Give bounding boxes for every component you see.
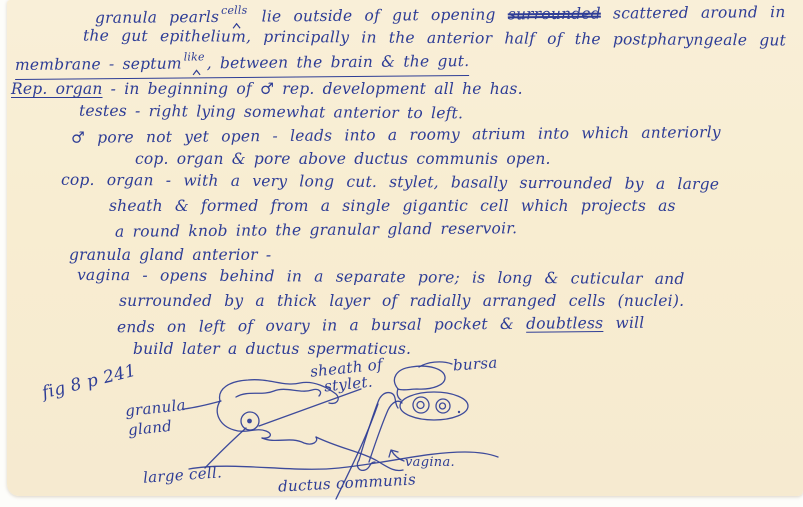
vagina-neck-right xyxy=(369,401,402,462)
large-cell-nucleus xyxy=(247,419,252,424)
bursa-outline xyxy=(394,366,445,390)
stylet-sheath-leader-line xyxy=(259,389,361,426)
egg-right xyxy=(436,399,450,413)
granular-gland-lower-edge xyxy=(262,437,317,444)
note-line-3-main: membrane - septum xyxy=(15,55,182,74)
scanned-note-page: granula pearlscells lie outside of gut o… xyxy=(0,0,803,507)
note-line-14-pre: ends on left of ovary in a bursal pocket… xyxy=(117,315,514,336)
caret-mark-icon xyxy=(192,69,201,75)
large-cell-circle xyxy=(241,412,259,430)
note-line-14: ends on left of ovary in a bursal pocket… xyxy=(117,313,645,338)
bursa-leader-line xyxy=(419,362,452,367)
inserted-word-cells: cells xyxy=(221,1,248,21)
rep-organ-heading: Rep. organ xyxy=(11,80,103,98)
granular-gland-label-line2: gland xyxy=(127,417,173,440)
stylet-sheath-label-line2: stylet. xyxy=(323,372,373,395)
vagina-arrow-line xyxy=(389,450,404,461)
note-line-4: Rep. organ - in beginning of ♂ rep. deve… xyxy=(11,79,523,99)
egg-right-nucleus xyxy=(440,403,446,409)
note-line-3: membrane - septumlike, between the brain… xyxy=(15,51,470,80)
egg-left-nucleus xyxy=(417,402,424,409)
granular-gland-outline xyxy=(220,380,339,404)
note-line-10: a round knob into the granular gland res… xyxy=(115,218,517,242)
underlined-word-doubtless: doubtless xyxy=(526,314,603,333)
inserted-word-like: like xyxy=(184,47,205,67)
figure-reference: fig 8 p 241 xyxy=(40,361,138,404)
sketch-dot xyxy=(458,411,460,413)
inserted-word-like-text: like xyxy=(184,50,205,63)
crossed-out-word: surrounded xyxy=(508,5,601,24)
egg-sac-oval xyxy=(400,392,468,420)
egg-left xyxy=(413,397,429,413)
note-line-6: ♂ pore not yet open - leads into a roomy… xyxy=(71,122,721,148)
note-line-4-rest: - in beginning of ♂ rep. development all… xyxy=(111,80,523,98)
note-line-9: sheath & formed from a single gigantic c… xyxy=(109,196,676,216)
inserted-word-cells-text: cells xyxy=(221,4,247,17)
note-line-5: testes - right lying somewhat anterior t… xyxy=(79,101,463,124)
note-line-13: surrounded by a thick layer of radially … xyxy=(119,291,684,311)
body-outline-curve xyxy=(316,437,403,471)
note-line-1-mid: lie outside of gut opening xyxy=(262,6,496,26)
note-line-14-post: will xyxy=(615,314,644,332)
note-line-12: vagina - opens behind in a separate pore… xyxy=(77,265,685,289)
granular-gland-label-line1: granula xyxy=(124,396,186,420)
vagina-neck-left xyxy=(359,393,398,460)
large-cell-label: large cell. xyxy=(142,463,222,486)
note-line-1-post: scattered around in xyxy=(613,3,786,23)
index-card: granula pearlscells lie outside of gut o… xyxy=(7,0,803,496)
bursa-label: bursa xyxy=(452,353,498,374)
note-line-1-pre: granula pearls xyxy=(95,8,219,27)
note-line-8: cop. organ - with a very long cut. style… xyxy=(61,170,719,195)
large-cell-leader-line xyxy=(205,428,246,468)
note-line-7: cop. organ & pore above ductus communis … xyxy=(135,149,551,169)
note-line-11: granula gland anterior - xyxy=(69,245,271,265)
granular-gland-inner-line xyxy=(236,389,321,397)
granular-gland-lower-left xyxy=(217,401,270,438)
vagina-neck-base-squiggle xyxy=(357,460,375,470)
granular-gland-leader-line xyxy=(184,401,221,409)
note-line-3-post: , between the brain & the gut. xyxy=(207,52,470,72)
vagina-label: vagina. xyxy=(405,455,455,470)
bursa-neck-join xyxy=(397,389,401,400)
ductus-communis-label: ductus communis xyxy=(278,470,417,495)
